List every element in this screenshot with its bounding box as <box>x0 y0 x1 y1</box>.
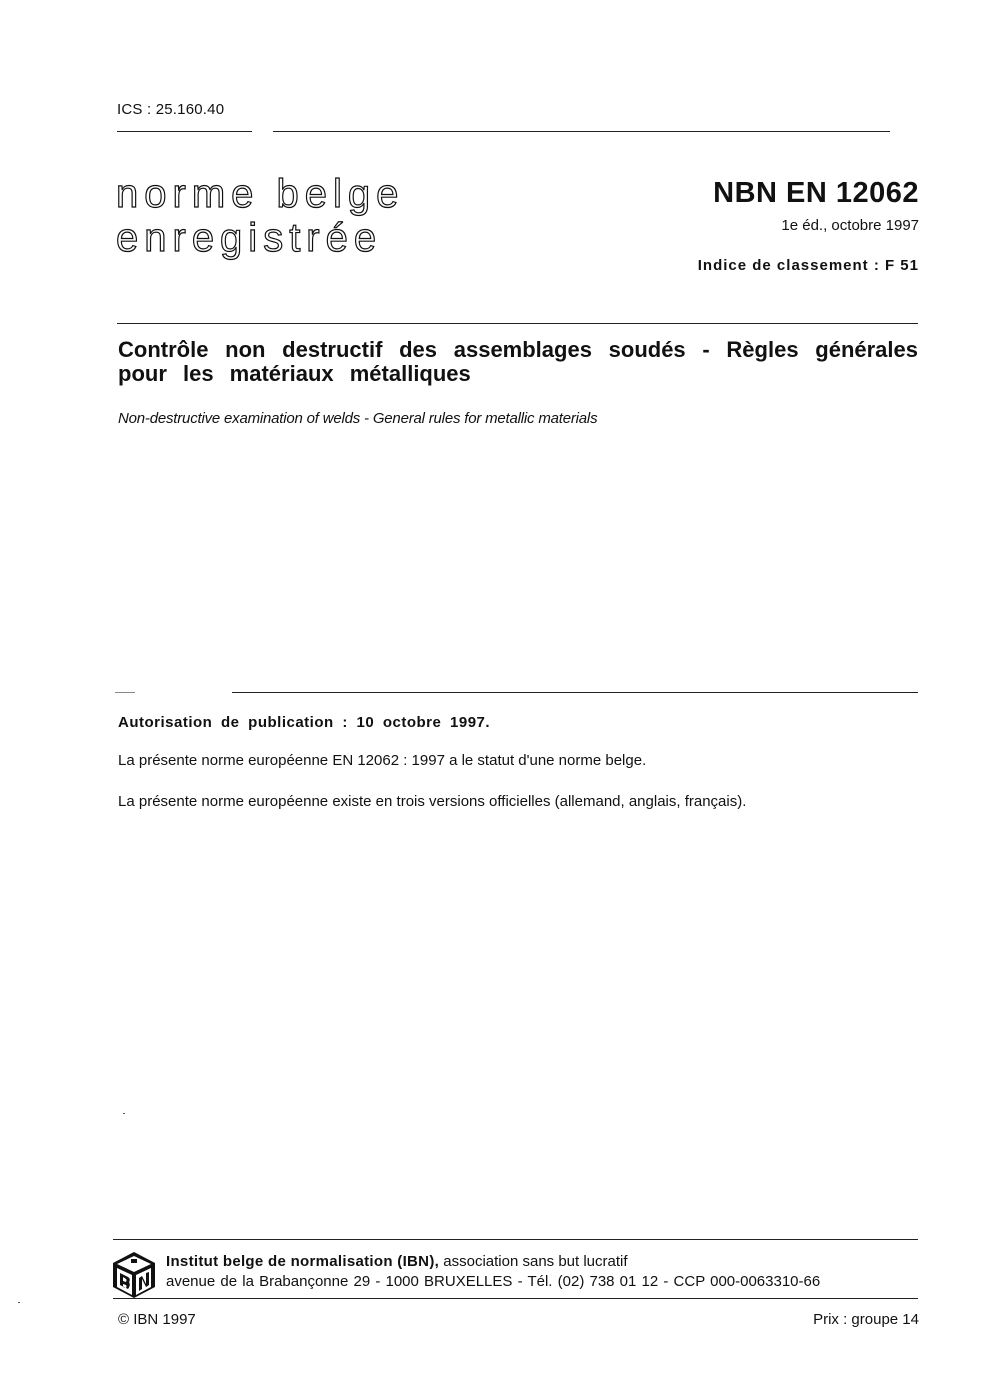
document-title-french: Contrôle non destructif des assemblages … <box>118 338 918 386</box>
copyright: © IBN 1997 <box>118 1311 196 1328</box>
institute-type: association sans but lucratif <box>439 1253 627 1270</box>
scan-speck <box>123 1113 125 1114</box>
outline-title-line1: norme belge <box>116 172 404 216</box>
institute-name: Institut belge de normalisation (IBN), <box>166 1253 439 1270</box>
price-group: Prix : groupe 14 <box>813 1311 919 1328</box>
header-rule-right <box>273 131 890 132</box>
institute-line: Institut belge de normalisation (IBN), a… <box>166 1253 628 1270</box>
footer-rule-bottom <box>113 1298 918 1299</box>
ibn-cube-logo-icon <box>112 1251 156 1299</box>
status-paragraph: La présente norme européenne EN 12062 : … <box>118 752 646 769</box>
body-rule-left <box>115 692 135 693</box>
outline-title-line2: enregistrée <box>116 216 404 260</box>
body-rule-main <box>232 692 918 693</box>
document-title-english: Non-destructive examination of welds - G… <box>118 410 597 427</box>
classification-index: Indice de classement : F 51 <box>698 257 919 274</box>
title-rule-top <box>117 323 918 324</box>
standard-number: NBN EN 12062 <box>713 177 919 210</box>
edition: 1e éd., octobre 1997 <box>781 217 919 234</box>
footer-rule-top <box>113 1239 918 1240</box>
registered-standard-label: norme belge enregistrée <box>116 172 404 260</box>
publication-authorization: Autorisation de publication : 10 octobre… <box>118 714 490 731</box>
ics-code: ICS : 25.160.40 <box>117 101 224 118</box>
scan-speck <box>18 1302 20 1303</box>
header-rule-left <box>117 131 252 132</box>
versions-paragraph: La présente norme européenne existe en t… <box>118 793 746 810</box>
institute-address: avenue de la Brabançonne 29 - 1000 BRUXE… <box>166 1273 820 1290</box>
